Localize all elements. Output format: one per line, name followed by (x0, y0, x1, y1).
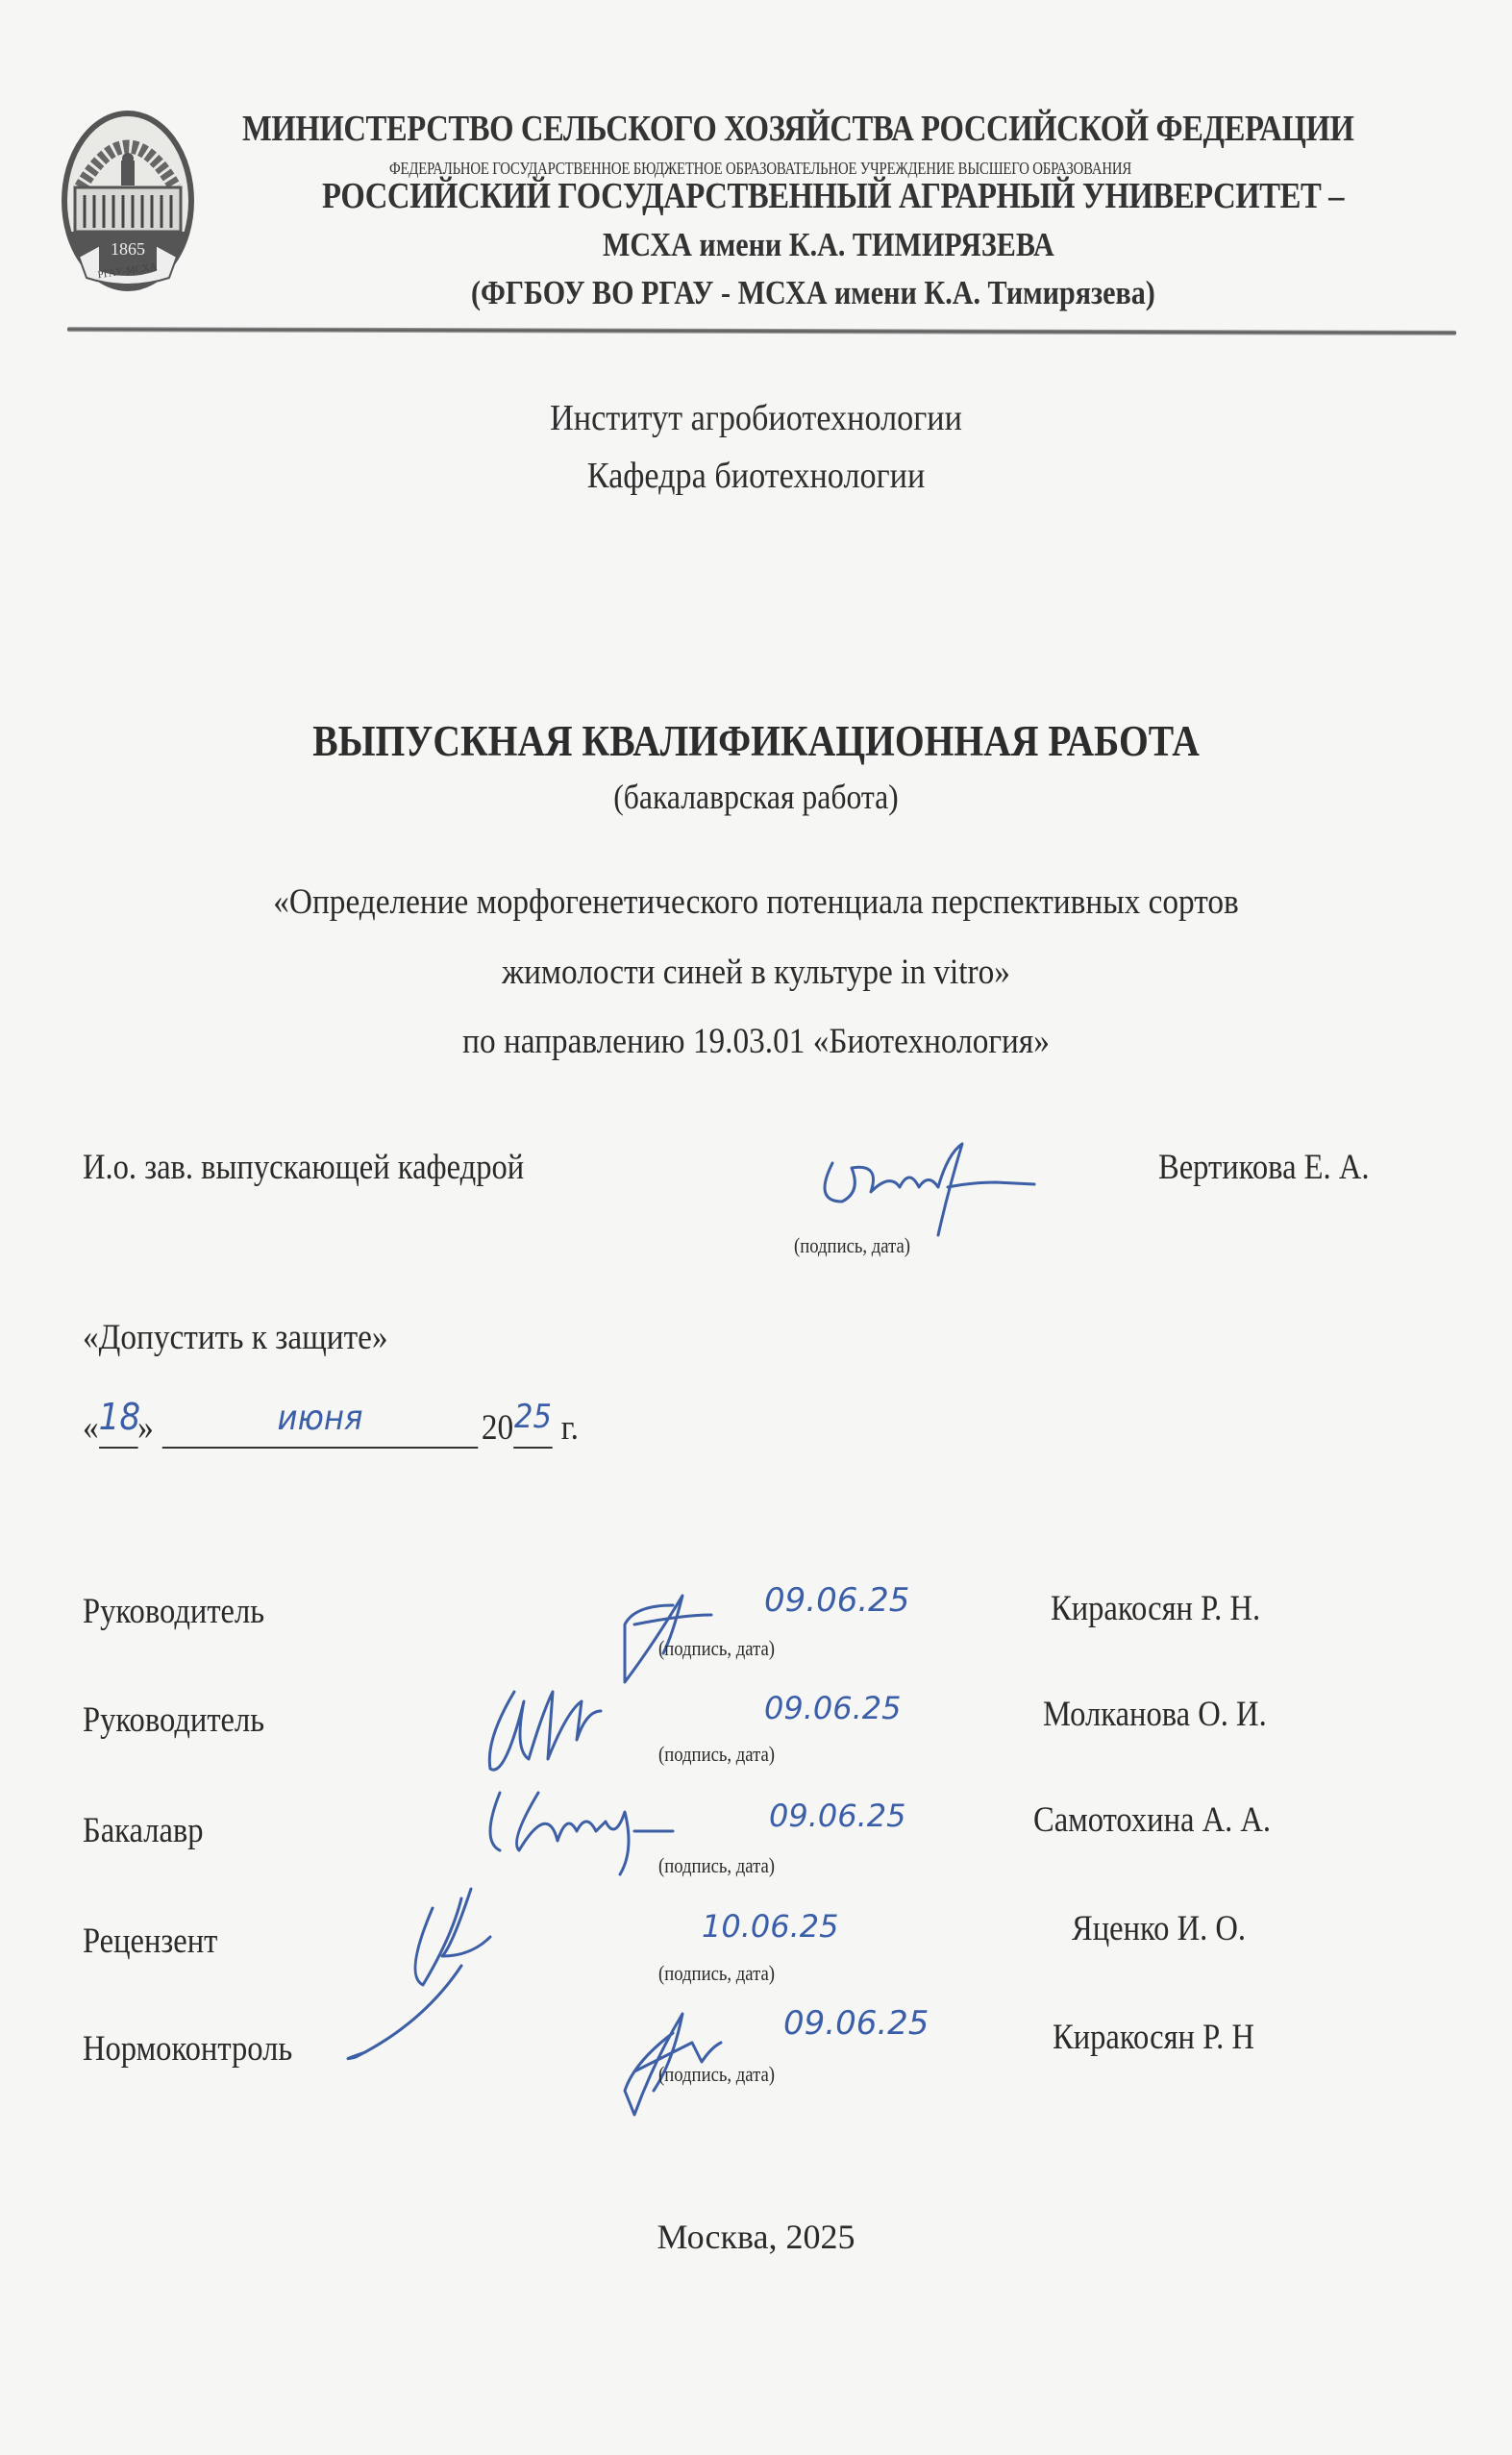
admission-month-field: июня (162, 1405, 479, 1449)
university-short-name: (ФГБОУ ВО РГАУ - МСХА имени К.А. Тимиряз… (471, 274, 1155, 312)
work-type-title: ВЫПУСКНАЯ КВАЛИФИКАЦИОННАЯ РАБОТА (90, 716, 1421, 766)
role-label: Руководитель (83, 1591, 264, 1632)
role-label: И.о. зав. выпускающей кафедрой (83, 1147, 524, 1188)
role-label: Руководитель (83, 1699, 264, 1741)
institute-name: Институт агробиотехнологии (76, 397, 1437, 439)
signature-caption: (подпись, дата) (658, 2062, 775, 2087)
role-label: Нормоконтроль (83, 2028, 292, 2070)
year-prefix: 20 (482, 1407, 513, 1449)
svg-text:1865: 1865 (111, 239, 145, 259)
signature-caption: (подпись, дата) (794, 1233, 910, 1258)
signature-mark (327, 1879, 577, 2067)
signature-date: 09.06.25 (783, 2004, 929, 2043)
signature-date: 09.06.25 (769, 1798, 906, 1834)
person-name: Киракосян Р. Н (1053, 2017, 1254, 2058)
person-name: Вертикова Е. А. (1158, 1147, 1369, 1188)
city-year: Москва, 2025 (0, 2217, 1512, 2257)
work-subtype: (бакалаврская работа) (90, 777, 1421, 817)
signature-caption: (подпись, дата) (658, 1961, 775, 1986)
signature-caption: (подпись, дата) (658, 1742, 775, 1767)
university-name-line2: МСХА имени К.А. ТИМИРЯЗЕВА (603, 226, 1054, 264)
open-quote: « (83, 1407, 99, 1449)
admission-year-field: 25 (513, 1405, 553, 1449)
admission-label: «Допустить к защите» (83, 1317, 388, 1358)
university-name-line1: РОССИЙСКИЙ ГОСУДАРСТВЕННЫЙ АГРАРНЫЙ УНИВ… (322, 175, 1344, 217)
study-direction: по направлению 19.03.01 «Биотехнология» (76, 1021, 1437, 1062)
work-topic-line2: жимолости синей в культуре in vitro» (76, 952, 1437, 993)
admission-day: 18 (99, 1396, 141, 1438)
signature-mark (804, 1134, 1053, 1245)
person-name: Молканова О. И. (1043, 1694, 1267, 1735)
signature-caption: (подпись, дата) (658, 1636, 775, 1661)
header-divider (67, 327, 1456, 335)
admission-year-suffix: 25 (514, 1398, 552, 1436)
work-topic-line1: «Определение морфогенетического потенциа… (76, 881, 1437, 923)
signature-date: 10.06.25 (702, 1908, 839, 1945)
university-seal-icon: 1865 РГАУ-МСХА (62, 111, 194, 291)
person-name: Киракосян Р. Н. (1051, 1588, 1260, 1629)
admission-day-field: 18 (99, 1403, 137, 1449)
person-name: Яценко И. О. (1072, 1908, 1246, 1949)
role-label: Рецензент (83, 1921, 217, 1962)
signature-date: 09.06.25 (764, 1581, 909, 1620)
signature-mark (476, 1673, 639, 1783)
signature-caption: (подпись, дата) (658, 1853, 775, 1878)
role-label: Бакалавр (83, 1810, 204, 1851)
signature-date: 09.06.25 (764, 1690, 902, 1726)
person-name: Самотохина А. А. (1033, 1799, 1271, 1841)
department-name: Кафедра биотехнологии (76, 455, 1437, 497)
admission-date: « 18 » июня 20 25 г. (83, 1403, 579, 1449)
year-unit: г. (561, 1407, 579, 1449)
admission-month: июня (278, 1399, 363, 1438)
ministry-name: МИНИСТЕРСТВО СЕЛЬСКОГО ХОЗЯЙСТВА РОССИЙС… (242, 108, 1353, 150)
